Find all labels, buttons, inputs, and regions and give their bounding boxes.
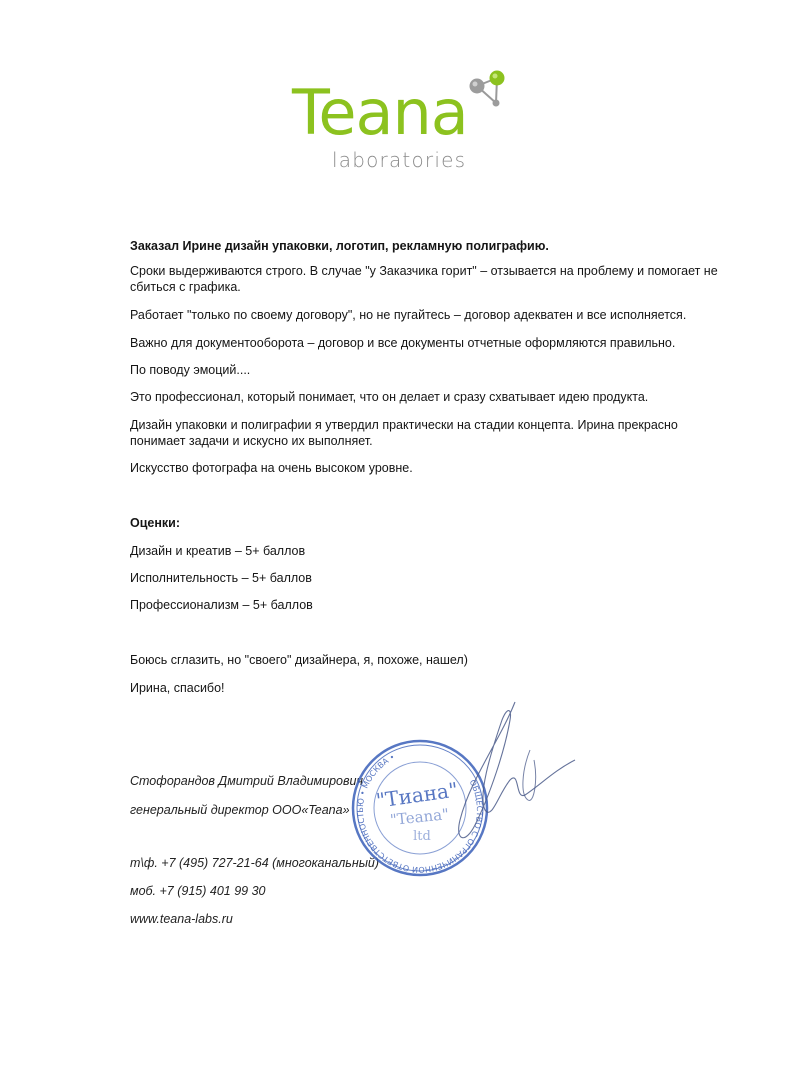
molecule-icon xyxy=(460,62,520,122)
logo-subtitle: laboratories xyxy=(332,148,466,172)
logo-wordmark: Teana xyxy=(292,82,468,144)
closing-line: Боюсь сглазить, но "своего" дизайнера, я… xyxy=(130,652,730,668)
rating-item: Профессионализм – 5+ баллов xyxy=(130,597,730,613)
ratings-heading: Оценки: xyxy=(130,515,730,531)
closing-thanks: Ирина, спасибо! xyxy=(130,680,730,696)
paragraph: Дизайн упаковки и полиграфии я утвердил … xyxy=(130,417,730,449)
rating-item: Исполнительность – 5+ баллов xyxy=(130,570,730,586)
svg-text:ltd: ltd xyxy=(413,829,431,844)
paragraph: Искусство фотографа на очень высоком уро… xyxy=(130,460,730,476)
paragraph: Работает "только по своему договору", но… xyxy=(130,307,730,323)
rating-item: Дизайн и креатив – 5+ баллов xyxy=(130,543,730,559)
website-link[interactable]: www.teana-labs.ru xyxy=(130,911,730,927)
handwritten-signature xyxy=(430,700,580,850)
paragraph: По поводу эмоций.... xyxy=(130,362,730,378)
letter-title: Заказал Ирине дизайн упаковки, логотип, … xyxy=(130,238,730,254)
paragraph: Это профессионал, который понимает, что … xyxy=(130,389,730,405)
paragraph: Сроки выдерживаются строго. В случае "у … xyxy=(130,263,730,295)
company-logo: Teana laboratories xyxy=(290,62,530,182)
paragraph: Важно для документооборота – договор и в… xyxy=(130,335,730,351)
